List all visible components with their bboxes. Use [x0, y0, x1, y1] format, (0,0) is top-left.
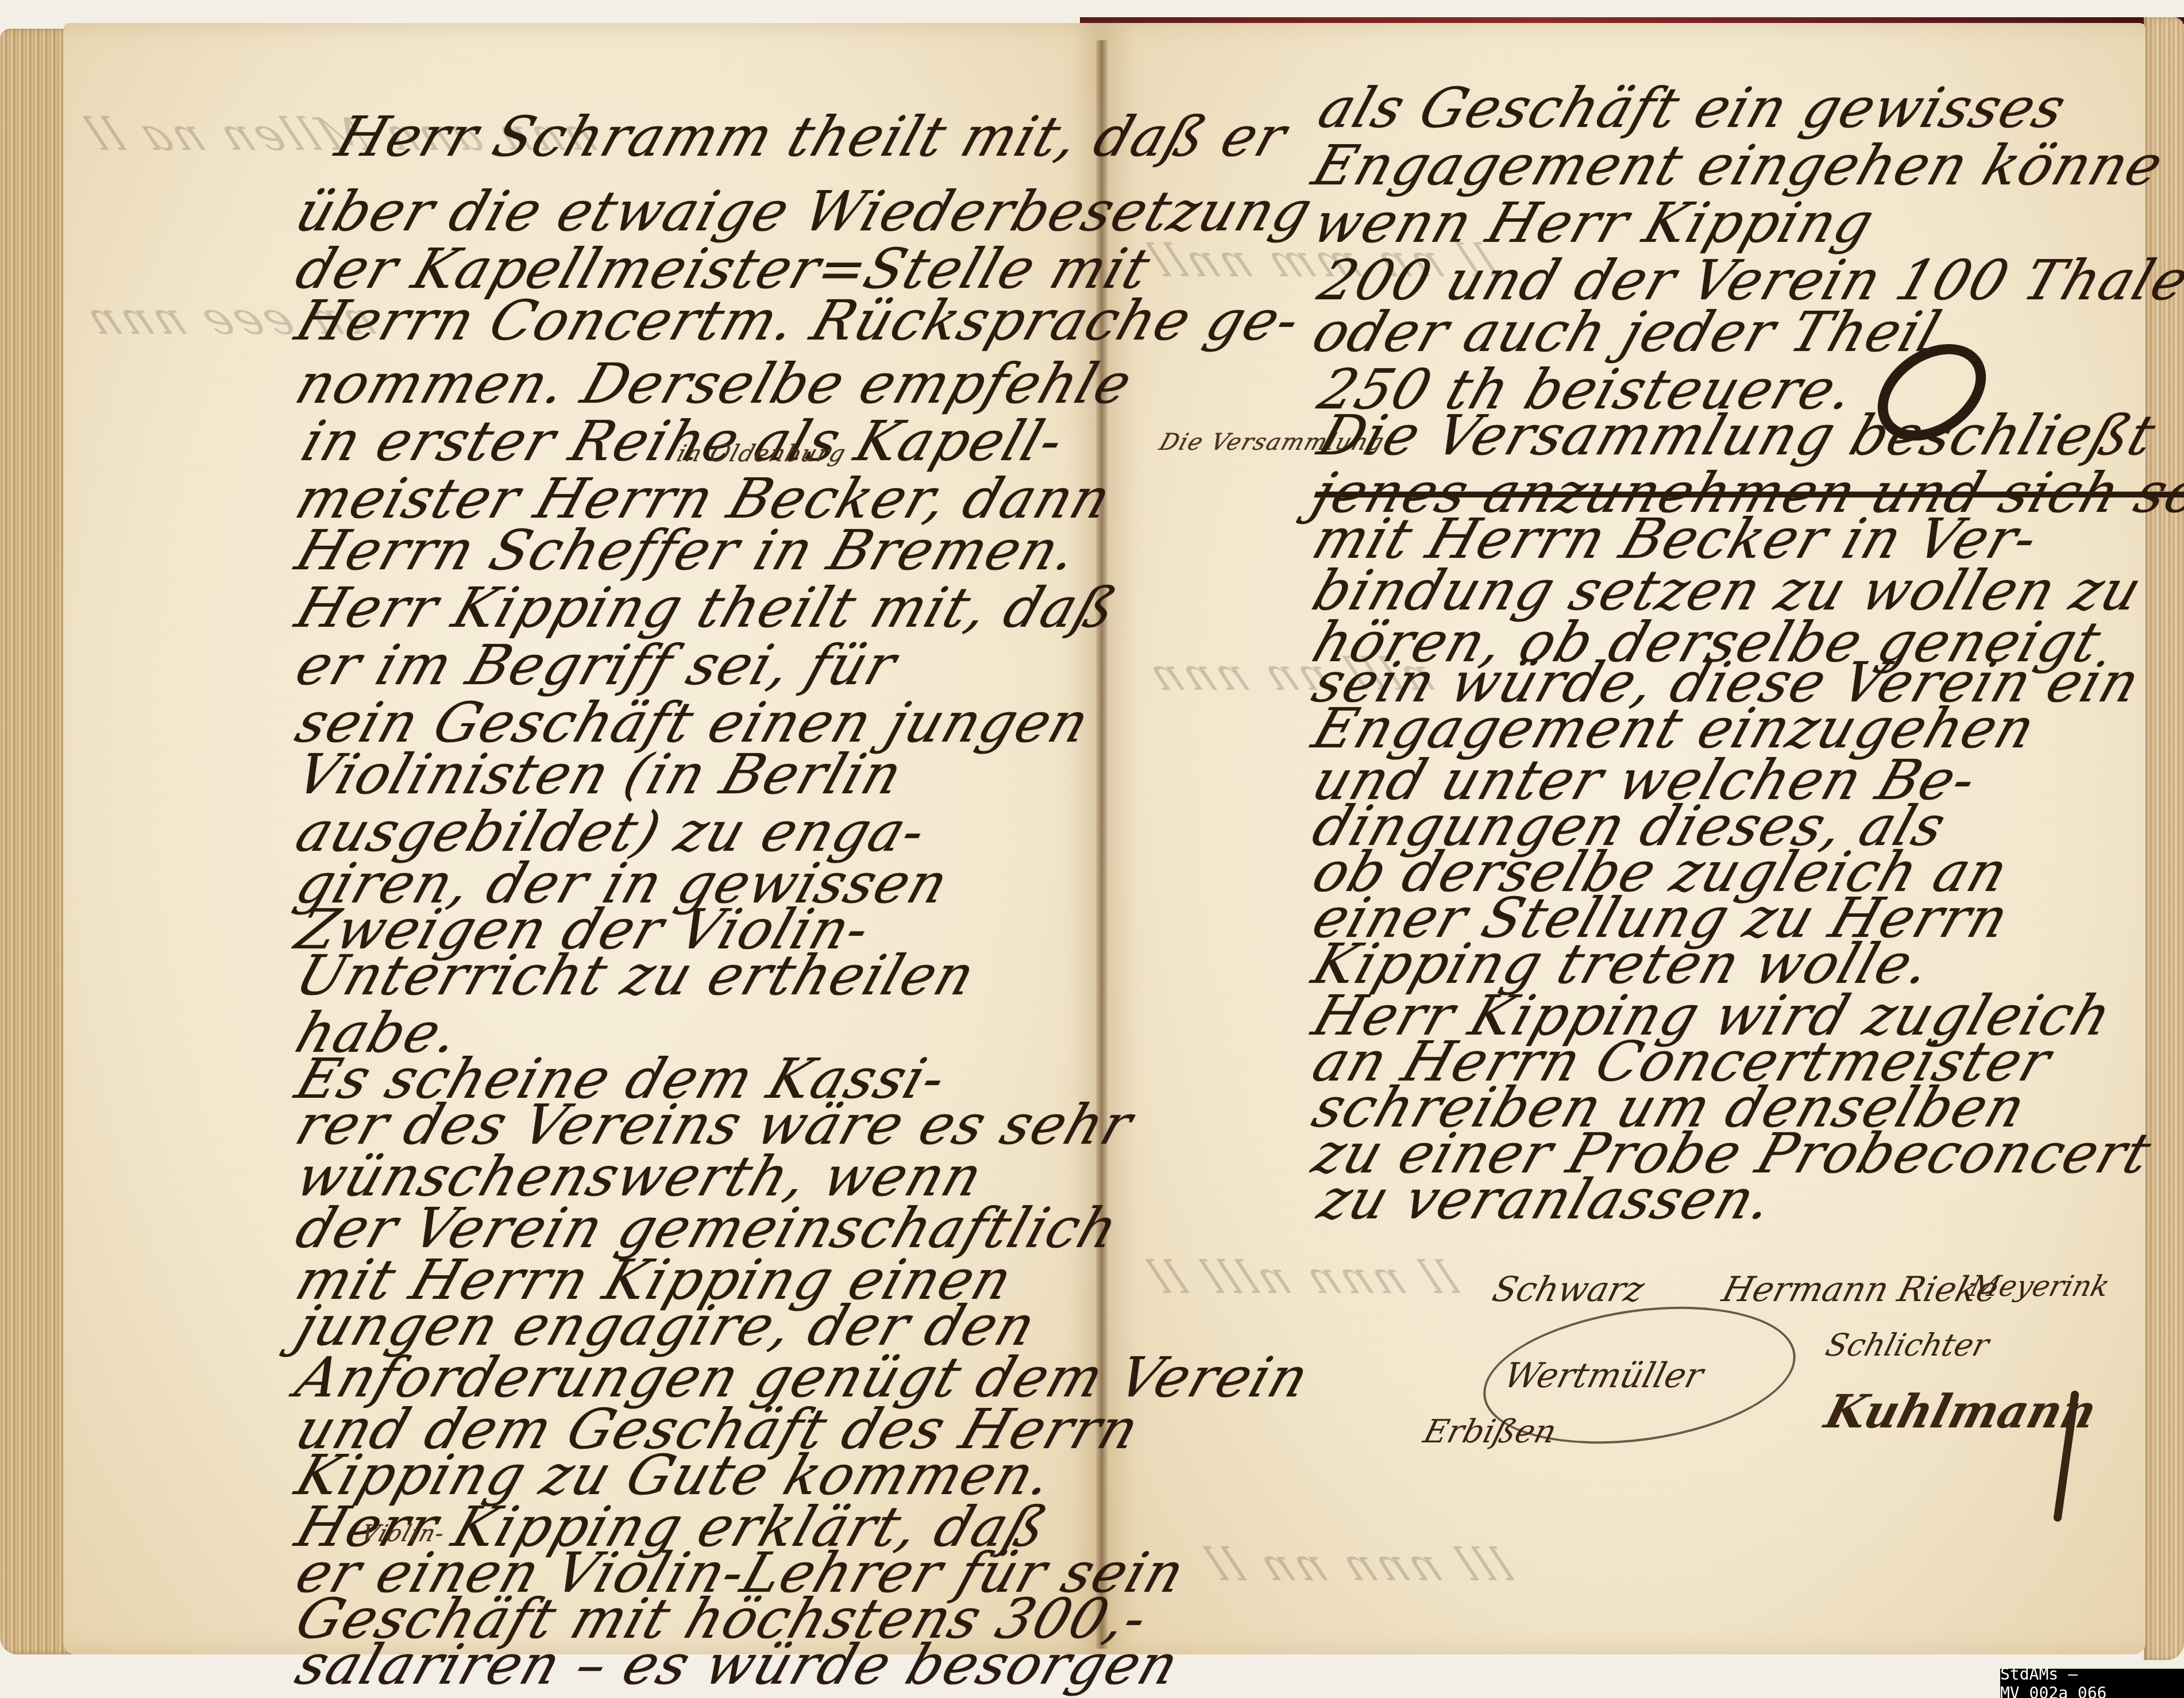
signature: Schwarz: [1488, 1269, 1649, 1310]
text-line: Engagement eingehen könne: [1306, 138, 2170, 193]
archive-caption-label: StdAMs – MV_002a_066: [2000, 1669, 2184, 1698]
signature-role: Meyerink: [1966, 1269, 2113, 1303]
text-line: Violinisten (in Berlin: [290, 747, 909, 802]
text-line: salariren – es würde besorgen: [290, 1637, 1186, 1692]
signature: Schlichter: [1822, 1327, 1993, 1363]
left-page-edges: [0, 29, 72, 1654]
bleed-through-text: ll nnn nlll ll: [1137, 1252, 1468, 1304]
text-line: nommen. Derselbe empfehle: [290, 356, 1139, 411]
text-line: über die etwaige Wiederbesetzung: [290, 184, 1319, 239]
open-book: nnn ann Mllen na ll nn eee nnn ll nn mm …: [0, 17, 2184, 1672]
text-line: zu veranlassen.: [1312, 1172, 1781, 1227]
signature: Kuhlmann: [1819, 1384, 2102, 1438]
text-line: Herr Schramm theilt mit, daß er: [330, 109, 1294, 164]
text-line: Unterricht zu ertheilen: [290, 948, 982, 1003]
signature: Hermann Rieke: [1718, 1269, 2003, 1310]
text-line: er im Begriff sei, für: [290, 638, 904, 693]
text-line: als Geschäft ein gewisses: [1312, 80, 2073, 136]
text-line: wenn Herr Kipping: [1306, 195, 1881, 250]
text-line: Herrn Concertm. Rücksprache ge-: [290, 293, 1307, 348]
interlinear-note: in Oldenburg: [674, 442, 850, 465]
text-line: Die Versammlung beschließt: [1312, 408, 2162, 463]
signature: Wertmüller: [1500, 1356, 1708, 1396]
signature: Erbißen: [1419, 1413, 1560, 1450]
text-line: oder auch jeder Theil: [1306, 304, 1947, 360]
text-line: Herr Kipping theilt mit, daß: [290, 580, 1124, 635]
text-line: Herrn Scheffer in Bremen.: [290, 523, 1085, 578]
bleed-through-text: lll nnn nn ll: [1194, 1539, 1522, 1591]
